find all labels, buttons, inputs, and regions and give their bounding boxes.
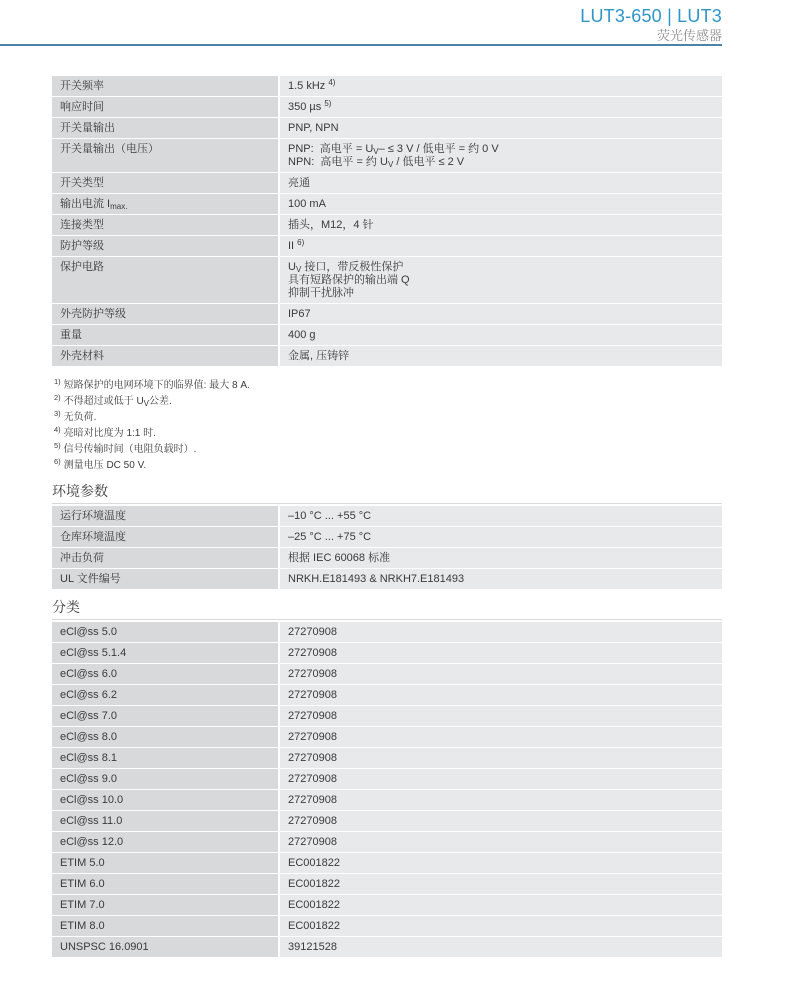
value-line: 亮通	[288, 177, 714, 190]
row-value: 27270908	[280, 790, 722, 810]
header-divider	[0, 44, 722, 46]
superscript: 5)	[324, 99, 331, 108]
row-label: ETIM 6.0	[52, 874, 278, 894]
table-row: UL 文件编号NRKH.E181493 & NRKH7.E181493	[52, 569, 722, 589]
text-segment: NRKH.E181493 & NRKH7.E181493	[288, 573, 464, 585]
text-segment: 输出电流 I	[60, 198, 110, 210]
text-segment: NPN: 高电平 = 约 U	[288, 156, 388, 168]
footnote-marker: 3)	[54, 409, 61, 418]
text-segment: UL 文件编号	[60, 573, 121, 585]
text-segment: eCl@ss 8.0	[60, 731, 117, 743]
row-value: UV 接口，带反极性保护具有短路保护的输出端 Q抑制干扰脉冲	[280, 257, 722, 303]
text-segment: 开关量输出（电压）	[60, 143, 159, 155]
footnote: 3)无负荷.	[54, 410, 722, 426]
footnote: 4)亮暗对比度为 1:1 时.	[54, 426, 722, 442]
row-value: EC001822	[280, 916, 722, 936]
value-line: 抑制干扰脉冲	[288, 287, 714, 300]
text-segment: 27270908	[288, 710, 337, 722]
row-label: ETIM 7.0	[52, 895, 278, 915]
footnote: 2)不得超过或低于 UV公差.	[54, 394, 722, 410]
table-row: eCl@ss 5.027270908	[52, 622, 722, 642]
row-value: 100 mA	[280, 194, 722, 214]
text-segment: 27270908	[288, 752, 337, 764]
subscript: max.	[110, 202, 127, 211]
value-line: 350 µs 5)	[288, 101, 714, 114]
row-value: 27270908	[280, 622, 722, 642]
text-segment: ETIM 5.0	[60, 857, 105, 869]
row-value: 27270908	[280, 748, 722, 768]
row-label: eCl@ss 11.0	[52, 811, 278, 831]
text-segment: 27270908	[288, 773, 337, 785]
text-segment: 连接类型	[60, 219, 104, 231]
text-segment: –25 °C ... +75 °C	[288, 531, 371, 543]
row-value: 27270908	[280, 706, 722, 726]
text-segment: 27270908	[288, 815, 337, 827]
row-value: –25 °C ... +75 °C	[280, 527, 722, 547]
footnote: 6)测量电压 DC 50 V.	[54, 458, 722, 474]
table-row: 连接类型插头，M12，4 针	[52, 215, 722, 235]
product-subtitle: 荧光传感器	[580, 28, 722, 44]
row-value: 27270908	[280, 685, 722, 705]
text-segment: 具有短路保护的输出端 Q	[288, 274, 410, 286]
table-row: 开关频率1.5 kHz 4)	[52, 76, 722, 96]
text-segment: 27270908	[288, 731, 337, 743]
spec-table: 开关频率1.5 kHz 4)响应时间350 µs 5)开关量输出PNP, NPN…	[52, 76, 722, 366]
text-segment: II	[288, 240, 297, 252]
text-segment: 350 µs	[288, 101, 324, 113]
text-segment: 100 mA	[288, 198, 326, 210]
text-segment: 插头，M12，4 针	[288, 219, 374, 231]
row-value: EC001822	[280, 874, 722, 894]
row-label: eCl@ss 5.0	[52, 622, 278, 642]
row-label: 响应时间	[52, 97, 278, 117]
text-segment: 金属, 压铸锌	[288, 350, 349, 362]
row-label: ETIM 5.0	[52, 853, 278, 873]
text-segment: PNP, NPN	[288, 122, 339, 134]
row-value: EC001822	[280, 895, 722, 915]
value-line: 27270908	[288, 752, 714, 765]
row-value: 27270908	[280, 664, 722, 684]
row-label: eCl@ss 9.0	[52, 769, 278, 789]
value-line: NRKH.E181493 & NRKH7.E181493	[288, 573, 714, 586]
row-value: EC001822	[280, 853, 722, 873]
text-segment: eCl@ss 6.2	[60, 689, 117, 701]
text-segment: 重量	[60, 329, 82, 341]
text-segment: 根据 IEC 60068 标准	[288, 552, 390, 564]
value-line: 1.5 kHz 4)	[288, 80, 714, 93]
value-line: EC001822	[288, 920, 714, 933]
table-row: 开关量输出（电压）PNP: 高电平 = UV– ≤ 3 V / 低电平 = 约 …	[52, 139, 722, 172]
text-segment: EC001822	[288, 920, 340, 932]
value-line: EC001822	[288, 878, 714, 891]
table-row: eCl@ss 6.027270908	[52, 664, 722, 684]
text-segment: EC001822	[288, 878, 340, 890]
row-label: UNSPSC 16.0901	[52, 937, 278, 957]
row-value: 27270908	[280, 811, 722, 831]
table-row: 重量400 g	[52, 325, 722, 345]
row-label: eCl@ss 10.0	[52, 790, 278, 810]
text-segment: ETIM 7.0	[60, 899, 105, 911]
value-line: 插头，M12，4 针	[288, 219, 714, 232]
text-segment: eCl@ss 9.0	[60, 773, 117, 785]
row-value: 根据 IEC 60068 标准	[280, 548, 722, 568]
text-segment: 防护等级	[60, 240, 104, 252]
text-segment: 无负荷.	[64, 412, 97, 423]
footnotes: 1)短路保护的电网环境下的临界值: 最大 8 A.2)不得超过或低于 UV公差.…	[52, 378, 722, 474]
table-row: ETIM 7.0EC001822	[52, 895, 722, 915]
content-area: 开关频率1.5 kHz 4)响应时间350 µs 5)开关量输出PNP, NPN…	[52, 76, 722, 958]
table-row: 开关量输出PNP, NPN	[52, 118, 722, 138]
row-label: 外壳材料	[52, 346, 278, 366]
footnote-marker: 6)	[54, 457, 61, 466]
text-segment: eCl@ss 5.1.4	[60, 647, 126, 659]
table-row: 外壳材料金属, 压铸锌	[52, 346, 722, 366]
table-row: 防护等级II 6)	[52, 236, 722, 256]
row-value: II 6)	[280, 236, 722, 256]
table-row: eCl@ss 8.127270908	[52, 748, 722, 768]
row-label: eCl@ss 8.0	[52, 727, 278, 747]
row-label: eCl@ss 6.2	[52, 685, 278, 705]
page-header: LUT3-650 | LUT3 荧光传感器	[580, 6, 722, 44]
row-value: 27270908	[280, 727, 722, 747]
row-label: eCl@ss 5.1.4	[52, 643, 278, 663]
text-segment: 不得超过或低于 U	[64, 396, 144, 407]
text-segment: 接口，带反极性保护	[301, 261, 403, 273]
text-segment: eCl@ss 11.0	[60, 815, 122, 827]
environment-table: 运行环境温度–10 °C ... +55 °C仓库环境温度–25 °C ... …	[52, 506, 722, 589]
row-value: 金属, 压铸锌	[280, 346, 722, 366]
row-label: eCl@ss 7.0	[52, 706, 278, 726]
footnote-marker: 5)	[54, 441, 61, 450]
row-label: 开关类型	[52, 173, 278, 193]
row-label: 保护电路	[52, 257, 278, 303]
classification-table: eCl@ss 5.027270908eCl@ss 5.1.427270908eC…	[52, 622, 722, 957]
text-segment: – ≤ 3 V / 低电平 = 约 0 V	[379, 143, 499, 155]
row-label: UL 文件编号	[52, 569, 278, 589]
text-segment: 公差.	[149, 396, 172, 407]
value-line: 27270908	[288, 815, 714, 828]
value-line: IP67	[288, 308, 714, 321]
table-row: ETIM 8.0EC001822	[52, 916, 722, 936]
row-label: eCl@ss 12.0	[52, 832, 278, 852]
table-row: ETIM 5.0EC001822	[52, 853, 722, 873]
value-line: –25 °C ... +75 °C	[288, 531, 714, 544]
text-segment: 400 g	[288, 329, 316, 341]
row-value: 39121528	[280, 937, 722, 957]
text-segment: –10 °C ... +55 °C	[288, 510, 371, 522]
row-value: 400 g	[280, 325, 722, 345]
table-row: eCl@ss 10.027270908	[52, 790, 722, 810]
value-line: 27270908	[288, 731, 714, 744]
table-row: ETIM 6.0EC001822	[52, 874, 722, 894]
row-label: 输出电流 Imax.	[52, 194, 278, 214]
footnote-marker: 2)	[54, 393, 61, 402]
text-segment: / 低电平 ≤ 2 V	[393, 156, 464, 168]
text-segment: 亮暗对比度为 1:1 时.	[64, 428, 156, 439]
text-segment: eCl@ss 8.1	[60, 752, 117, 764]
product-title: LUT3-650 | LUT3	[580, 6, 722, 27]
row-value: 27270908	[280, 769, 722, 789]
row-value: NRKH.E181493 & NRKH7.E181493	[280, 569, 722, 589]
text-segment: ETIM 8.0	[60, 920, 105, 932]
text-segment: 27270908	[288, 689, 337, 701]
row-label: 外壳防护等级	[52, 304, 278, 324]
table-row: 开关类型亮通	[52, 173, 722, 193]
text-segment: 27270908	[288, 668, 337, 680]
value-line: 27270908	[288, 668, 714, 681]
text-segment: 开关量输出	[60, 122, 115, 134]
value-line: UV 接口，带反极性保护	[288, 261, 714, 274]
row-label: ETIM 8.0	[52, 916, 278, 936]
text-segment: 亮通	[288, 177, 310, 189]
value-line: 金属, 压铸锌	[288, 350, 714, 363]
text-segment: EC001822	[288, 857, 340, 869]
table-row: eCl@ss 8.027270908	[52, 727, 722, 747]
text-segment: 1.5 kHz	[288, 80, 328, 92]
value-line: 27270908	[288, 773, 714, 786]
value-line: II 6)	[288, 240, 714, 253]
row-value: PNP, NPN	[280, 118, 722, 138]
text-segment: eCl@ss 12.0	[60, 836, 123, 848]
table-row: eCl@ss 5.1.427270908	[52, 643, 722, 663]
footnote-marker: 4)	[54, 425, 61, 434]
table-row: eCl@ss 6.227270908	[52, 685, 722, 705]
text-segment: 27270908	[288, 626, 337, 638]
text-segment: 开关类型	[60, 177, 104, 189]
datasheet-page: LUT3-650 | LUT3 荧光传感器 开关频率1.5 kHz 4)响应时间…	[0, 0, 795, 985]
value-line: PNP: 高电平 = UV– ≤ 3 V / 低电平 = 约 0 V	[288, 143, 714, 156]
text-segment: 27270908	[288, 647, 337, 659]
text-segment: 冲击负荷	[60, 552, 104, 564]
text-segment: PNP: 高电平 = U	[288, 143, 373, 155]
text-segment: 运行环境温度	[60, 510, 126, 522]
row-label: 防护等级	[52, 236, 278, 256]
row-value: 亮通	[280, 173, 722, 193]
table-row: 保护电路UV 接口，带反极性保护具有短路保护的输出端 Q抑制干扰脉冲	[52, 257, 722, 303]
table-row: UNSPSC 16.090139121528	[52, 937, 722, 957]
value-line: 27270908	[288, 710, 714, 723]
value-line: EC001822	[288, 899, 714, 912]
row-value: IP67	[280, 304, 722, 324]
text-segment: 外壳防护等级	[60, 308, 126, 320]
text-segment: eCl@ss 10.0	[60, 794, 123, 806]
text-segment: ETIM 6.0	[60, 878, 105, 890]
table-row: 运行环境温度–10 °C ... +55 °C	[52, 506, 722, 526]
table-row: 外壳防护等级IP67	[52, 304, 722, 324]
row-label: eCl@ss 8.1	[52, 748, 278, 768]
superscript: 6)	[297, 238, 304, 247]
value-line: 400 g	[288, 329, 714, 342]
row-value: 350 µs 5)	[280, 97, 722, 117]
section-heading-environment: 环境参数	[52, 483, 722, 504]
row-label: 仓库环境温度	[52, 527, 278, 547]
table-row: eCl@ss 12.027270908	[52, 832, 722, 852]
row-label: 连接类型	[52, 215, 278, 235]
row-label: 开关频率	[52, 76, 278, 96]
text-segment: 保护电路	[60, 261, 104, 273]
row-label: 重量	[52, 325, 278, 345]
text-segment: IP67	[288, 308, 311, 320]
text-segment: 外壳材料	[60, 350, 104, 362]
table-row: eCl@ss 7.027270908	[52, 706, 722, 726]
text-segment: 信号传输时间（电阻负载时）.	[64, 444, 197, 455]
text-segment: 仓库环境温度	[60, 531, 126, 543]
value-line: PNP, NPN	[288, 122, 714, 135]
value-line: 27270908	[288, 647, 714, 660]
row-value: 27270908	[280, 832, 722, 852]
row-value: PNP: 高电平 = UV– ≤ 3 V / 低电平 = 约 0 VNPN: 高…	[280, 139, 722, 172]
text-segment: U	[288, 261, 296, 273]
value-line: 100 mA	[288, 198, 714, 211]
value-line: EC001822	[288, 857, 714, 870]
row-label: 冲击负荷	[52, 548, 278, 568]
footnote: 1)短路保护的电网环境下的临界值: 最大 8 A.	[54, 378, 722, 394]
row-label: 开关量输出（电压）	[52, 139, 278, 172]
text-segment: eCl@ss 5.0	[60, 626, 117, 638]
value-line: 27270908	[288, 794, 714, 807]
value-line: NPN: 高电平 = 约 UV / 低电平 ≤ 2 V	[288, 156, 714, 169]
value-line: 27270908	[288, 626, 714, 639]
table-row: 输出电流 Imax.100 mA	[52, 194, 722, 214]
row-value: 1.5 kHz 4)	[280, 76, 722, 96]
row-value: –10 °C ... +55 °C	[280, 506, 722, 526]
text-segment: UNSPSC 16.0901	[60, 941, 149, 953]
superscript: 4)	[328, 78, 335, 87]
text-segment: 短路保护的电网环境下的临界值: 最大 8 A.	[64, 380, 250, 391]
value-line: 具有短路保护的输出端 Q	[288, 274, 714, 287]
table-row: 仓库环境温度–25 °C ... +75 °C	[52, 527, 722, 547]
value-line: 27270908	[288, 689, 714, 702]
footnote: 5)信号传输时间（电阻负载时）.	[54, 442, 722, 458]
row-label: 运行环境温度	[52, 506, 278, 526]
row-value: 插头，M12，4 针	[280, 215, 722, 235]
text-segment: eCl@ss 6.0	[60, 668, 117, 680]
footnote-marker: 1)	[54, 377, 61, 386]
value-line: –10 °C ... +55 °C	[288, 510, 714, 523]
value-line: 39121528	[288, 941, 714, 954]
text-segment: eCl@ss 7.0	[60, 710, 117, 722]
text-segment: 27270908	[288, 794, 337, 806]
row-label: eCl@ss 6.0	[52, 664, 278, 684]
text-segment: 响应时间	[60, 101, 104, 113]
section-heading-classification: 分类	[52, 599, 722, 620]
row-label: 开关量输出	[52, 118, 278, 138]
text-segment: 27270908	[288, 836, 337, 848]
text-segment: 测量电压 DC 50 V.	[64, 460, 146, 471]
row-value: 27270908	[280, 643, 722, 663]
table-row: 冲击负荷根据 IEC 60068 标准	[52, 548, 722, 568]
text-segment: 抑制干扰脉冲	[288, 287, 354, 299]
text-segment: 开关频率	[60, 80, 104, 92]
table-row: eCl@ss 9.027270908	[52, 769, 722, 789]
text-segment: 39121528	[288, 941, 337, 953]
table-row: 响应时间350 µs 5)	[52, 97, 722, 117]
table-row: eCl@ss 11.027270908	[52, 811, 722, 831]
text-segment: EC001822	[288, 899, 340, 911]
value-line: 27270908	[288, 836, 714, 849]
value-line: 根据 IEC 60068 标准	[288, 552, 714, 565]
